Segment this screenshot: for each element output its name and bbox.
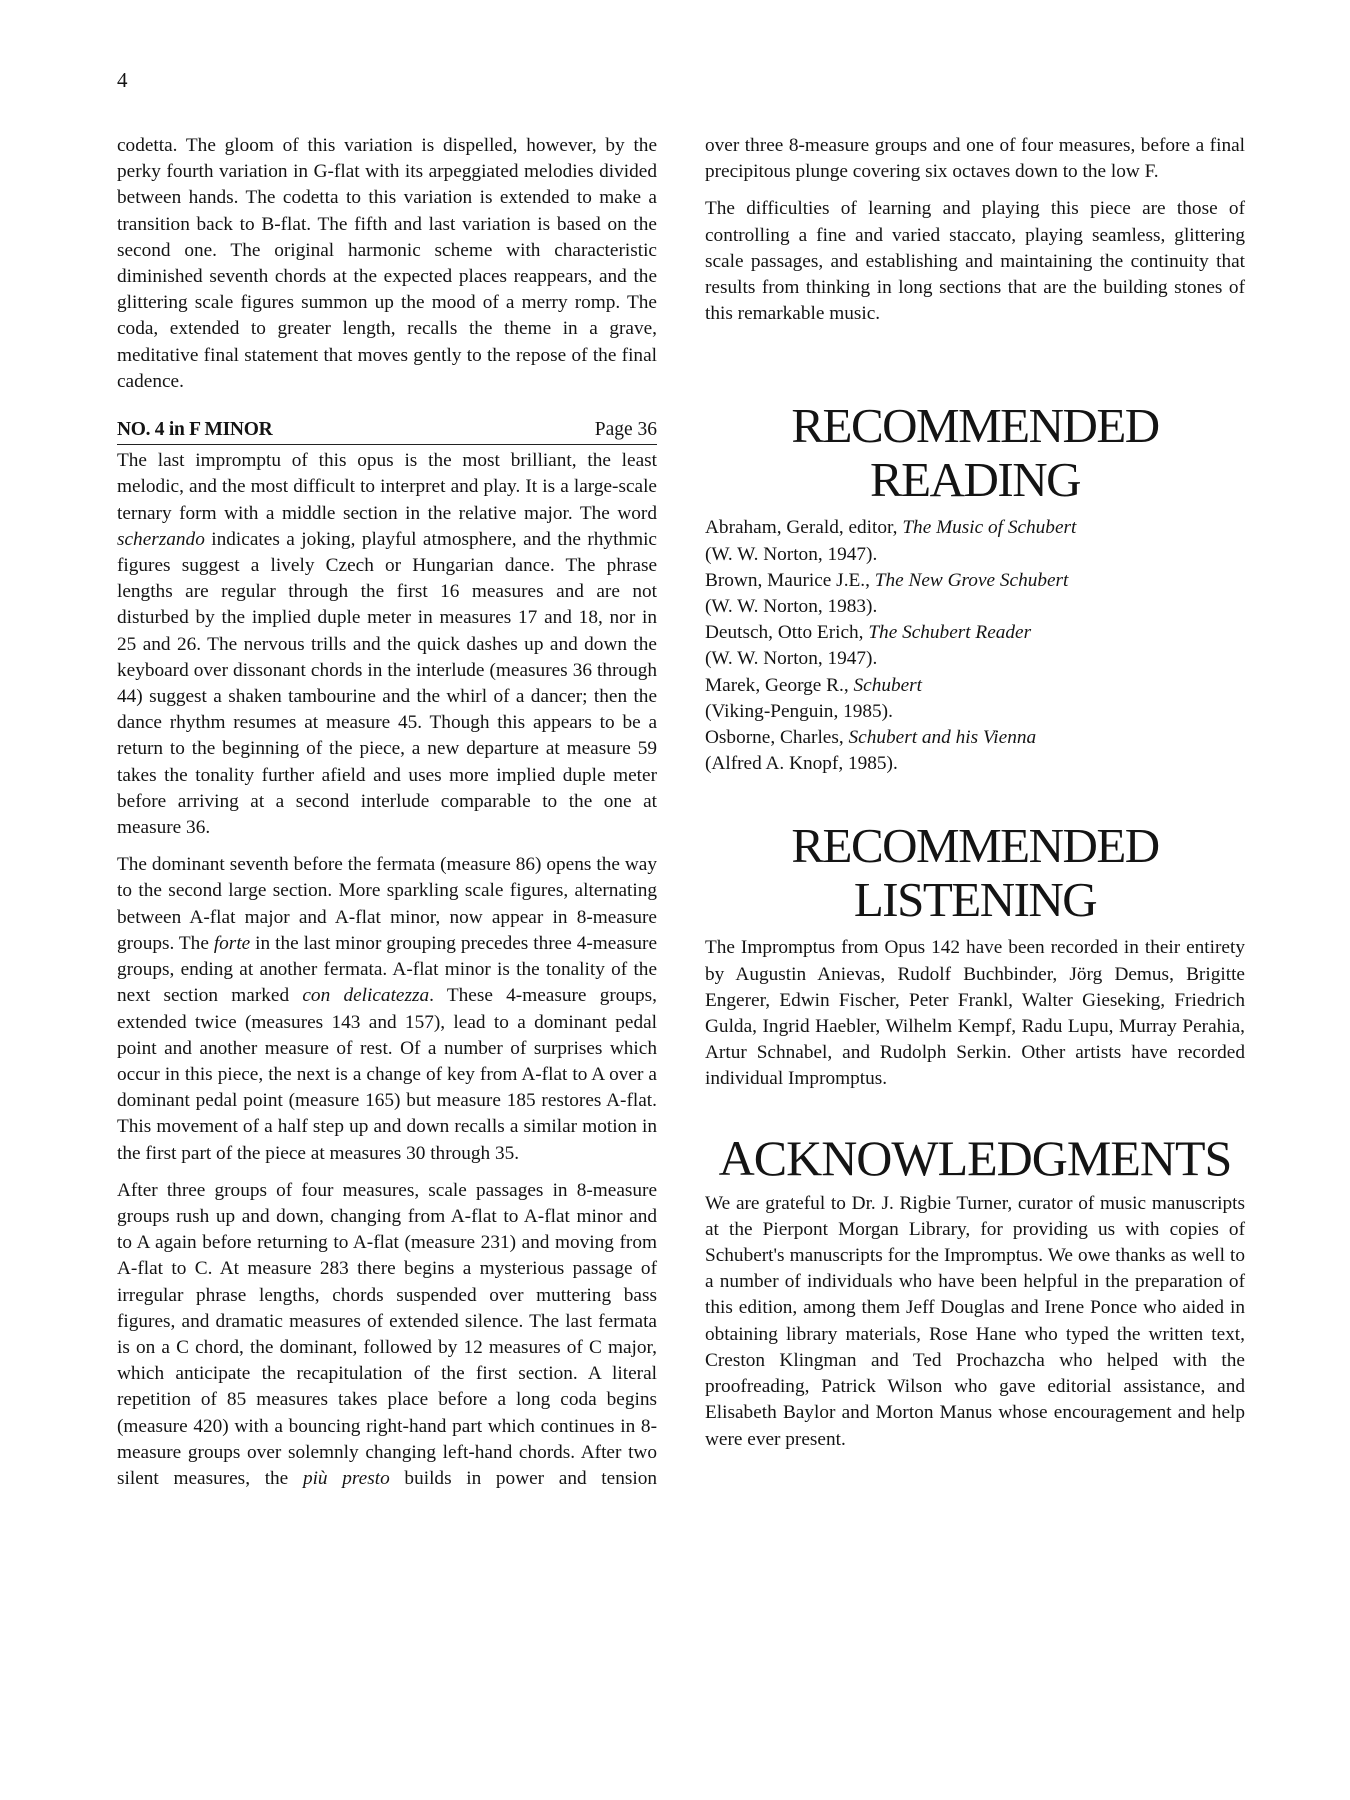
italic-term: scherzando <box>117 529 205 550</box>
acknowledgments-heading: ACKNOWLEDGMENTS <box>705 1131 1245 1185</box>
body-paragraph-2: The dominant seventh before the fermata … <box>117 852 657 1166</box>
reading-publisher: (W. W. Norton, 1983). <box>728 594 1245 620</box>
listening-paragraph: The Impromptus from Opus 142 have been r… <box>705 935 1245 1092</box>
heading-line: RECOMMENDED <box>791 818 1158 873</box>
italic-term: forte <box>214 933 250 954</box>
right-column: over three 8-measure groups and one of f… <box>705 133 1245 1464</box>
reading-title: The New Grove Schubert <box>875 570 1069 591</box>
intro-paragraph: codetta. The gloom of this variation is … <box>117 133 657 395</box>
reading-publisher: (W. W. Norton, 1947). <box>728 646 1245 672</box>
reading-author: Deutsch, Otto Erich, <box>705 622 868 643</box>
reading-list: Abraham, Gerald, editor, The Music of Sc… <box>705 515 1245 777</box>
text-run: indicates a joking, playful atmosphere, … <box>117 529 657 838</box>
section-header: NO. 4 in F MINOR Page 36 <box>117 417 657 445</box>
recommended-reading-heading: RECOMMENDED READING <box>705 399 1245 507</box>
difficulties-paragraph: The difficulties of learning and playing… <box>705 196 1245 327</box>
heading-line: LISTENING <box>854 872 1096 927</box>
reading-item: Marek, George R., Schubert (Viking-Pengu… <box>705 673 1245 725</box>
reading-item: Abraham, Gerald, editor, The Music of Sc… <box>705 515 1245 567</box>
section-page-ref: Page 36 <box>595 417 657 443</box>
reading-author: Abraham, Gerald, editor, <box>705 517 902 538</box>
italic-term: con delicatezza <box>302 985 429 1006</box>
heading-line: RECOMMENDED <box>791 398 1158 453</box>
reading-title: Schubert and his Vienna <box>849 727 1037 748</box>
text-run: After three groups of four measures, sca… <box>117 1180 657 1489</box>
reading-title: Schubert <box>854 675 923 696</box>
reading-publisher: (Viking-Penguin, 1985). <box>728 699 1245 725</box>
recommended-listening-heading: RECOMMENDED LISTENING <box>705 819 1245 927</box>
text-run: . These 4-measure groups, extended twice… <box>117 985 657 1163</box>
section-title: NO. 4 in F MINOR <box>117 417 272 443</box>
body-paragraph-1: The last impromptu of this opus is the m… <box>117 448 657 841</box>
heading-line: READING <box>870 452 1080 507</box>
reading-publisher: (W. W. Norton, 1947). <box>728 542 1245 568</box>
reading-title: The Schubert Reader <box>868 622 1031 643</box>
reading-item: Osborne, Charles, Schubert and his Vienn… <box>705 725 1245 777</box>
reading-item: Deutsch, Otto Erich, The Schubert Reader… <box>705 620 1245 672</box>
text-run: The last impromptu of this opus is the m… <box>117 450 657 523</box>
text-run: builds in power and tension <box>390 1468 657 1489</box>
reading-item: Brown, Maurice J.E., The New Grove Schub… <box>705 568 1245 620</box>
page-number: 4 <box>117 68 128 93</box>
body-paragraph-3: After three groups of four measures, sca… <box>117 1178 657 1492</box>
reading-publisher: (Alfred A. Knopf, 1985). <box>728 751 1245 777</box>
acknowledgments-paragraph: We are grateful to Dr. J. Rigbie Turner,… <box>705 1191 1245 1453</box>
reading-author: Brown, Maurice J.E., <box>705 570 875 591</box>
italic-term: più presto <box>303 1468 390 1489</box>
reading-title: The Music of Schubert <box>902 517 1076 538</box>
reading-author: Marek, George R., <box>705 675 854 696</box>
reading-author: Osborne, Charles, <box>705 727 849 748</box>
continuation-paragraph: over three 8-measure groups and one of f… <box>705 133 1245 185</box>
left-column: codetta. The gloom of this variation is … <box>117 133 657 1503</box>
